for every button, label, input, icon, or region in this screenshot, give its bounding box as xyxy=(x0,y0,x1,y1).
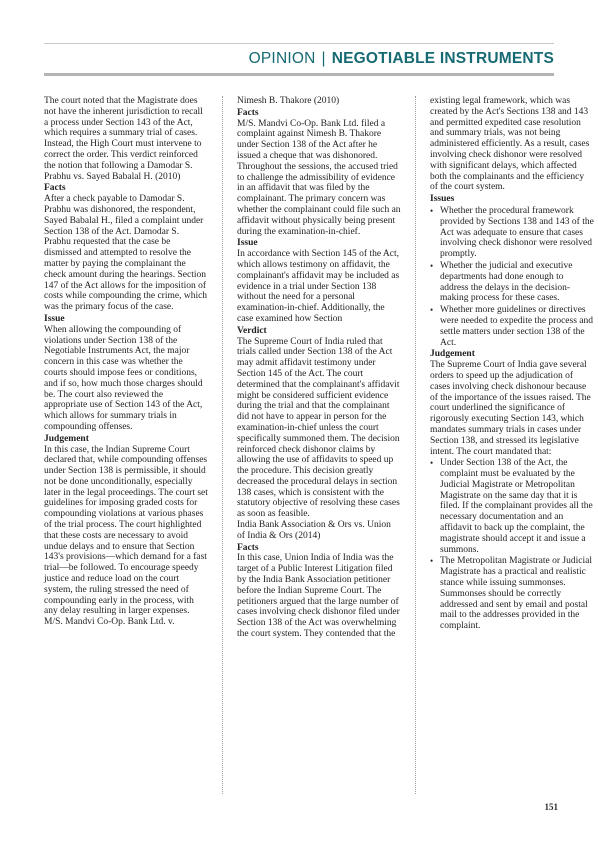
section-heading: Judgement xyxy=(44,434,208,445)
bullet-item: •Under Section 138 of the Act, the compl… xyxy=(430,458,594,555)
paragraph: existing legal framework, which was crea… xyxy=(430,96,594,193)
section-heading: Judgement xyxy=(430,349,594,360)
bullet-item: •Whether more guidelines or directives w… xyxy=(430,305,594,348)
paragraph: M/S. Mandvi Co-Op. Bank Ltd. filed a com… xyxy=(237,119,401,238)
bullet-icon: • xyxy=(430,556,440,632)
bullet-icon: • xyxy=(430,206,440,260)
paragraph: In this case, Union India of India was t… xyxy=(237,553,401,639)
paragraph: In accordance with Section 145 of the Ac… xyxy=(237,249,401,325)
bullet-icon: • xyxy=(430,261,440,304)
section-heading: Facts xyxy=(237,108,401,119)
bullet-text: The Metropolitan Magistrate or Judicial … xyxy=(440,556,594,632)
bullet-icon: • xyxy=(430,458,440,555)
paragraph: M/S. Mandvi Co-Op. Bank Ltd. v. xyxy=(44,617,208,628)
bullet-text: Under Section 138 of the Act, the compla… xyxy=(440,458,594,555)
bullet-icon: • xyxy=(430,305,440,348)
paragraph: When allowing the compounding of violati… xyxy=(44,325,208,433)
header-rule-bottom xyxy=(44,73,554,76)
bullet-text: Whether the procedural framework provide… xyxy=(440,206,594,260)
header-text: OPINION|NEGOTIABLE INSTRUMENTS xyxy=(44,44,554,73)
section-heading: Facts xyxy=(237,543,401,554)
section-heading: Issue xyxy=(44,314,208,325)
section-heading: Verdict xyxy=(237,326,401,337)
text-column-3: existing legal framework, which was crea… xyxy=(430,96,594,794)
column-divider xyxy=(222,96,224,794)
header-separator: | xyxy=(316,50,332,67)
bullet-text: Whether more guidelines or directives we… xyxy=(440,305,594,348)
paragraph: In this case, the Indian Supreme Court d… xyxy=(44,445,208,618)
columns: The court noted that the Magistrate does… xyxy=(44,96,562,794)
section-heading: Issue xyxy=(237,238,401,249)
bullet-item: •The Metropolitan Magistrate or Judicial… xyxy=(430,556,594,632)
paragraph: After a check payable to Damodar S. Prab… xyxy=(44,194,208,313)
paragraph: The court noted that the Magistrate does… xyxy=(44,96,208,182)
paragraph: Nimesh B. Thakore (2010) xyxy=(237,96,401,107)
section-heading: Facts xyxy=(44,183,208,194)
bullet-item: •Whether the procedural framework provid… xyxy=(430,206,594,260)
document-page: OPINION|NEGOTIABLE INSTRUMENTS The court… xyxy=(0,0,598,842)
header-section-label: OPINION xyxy=(249,50,316,67)
paragraph: India Bank Association & Ors vs. Union o… xyxy=(237,520,401,542)
paragraph: The Supreme Court of India gave several … xyxy=(430,360,594,457)
section-heading: Issues xyxy=(430,194,594,205)
column-divider xyxy=(415,96,417,794)
text-column-2: Nimesh B. Thakore (2010)FactsM/S. Mandvi… xyxy=(237,96,401,794)
bullet-item: •Whether the judicial and executive depa… xyxy=(430,261,594,304)
bullet-text: Whether the judicial and executive depar… xyxy=(440,261,594,304)
page-title: NEGOTIABLE INSTRUMENTS xyxy=(332,50,554,67)
page-number: 151 xyxy=(545,802,559,812)
paragraph: The Supreme Court of India ruled that tr… xyxy=(237,337,401,521)
masthead: OPINION|NEGOTIABLE INSTRUMENTS xyxy=(44,43,554,76)
text-column-1: The court noted that the Magistrate does… xyxy=(44,96,208,794)
